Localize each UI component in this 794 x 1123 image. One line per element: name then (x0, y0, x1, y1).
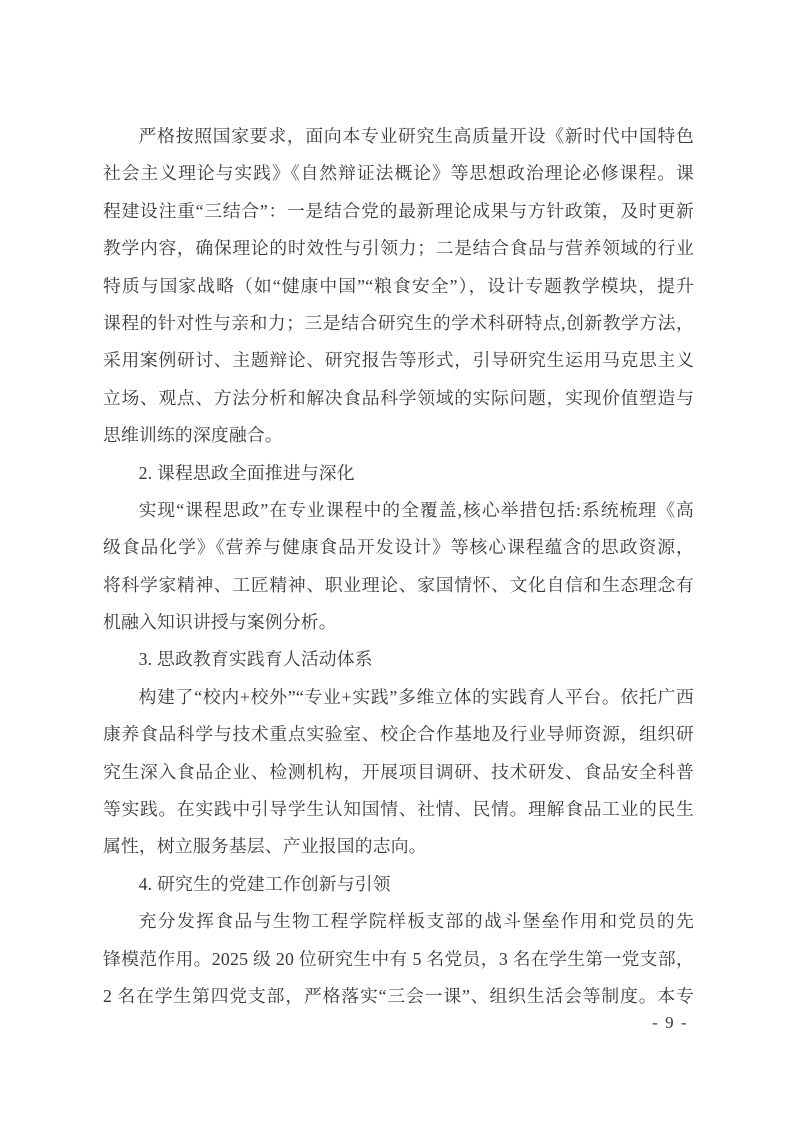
text-line: 课程的针对性与亲和力；三是结合研究生的学术科研特点,创新教学方法， (103, 305, 694, 342)
text-line: 究生深入食品企业、检测机构，开展项目调研、技术研发、食品安全科普 (103, 754, 694, 791)
text-line: 实现“课程思政”在专业课程中的全覆盖,核心举措包括:系统梳理《高 (103, 492, 694, 529)
text-line: 采用案例研讨、主题辩论、研究报告等形式，引导研究生运用马克思主义 (103, 342, 694, 379)
text-line: 教学内容，确保理论的时效性与引领力；二是结合食品与营养领域的行业 (103, 230, 694, 267)
text-line: 严格按照国家要求，面向本专业研究生高质量开设《新时代中国特色 (103, 118, 694, 155)
text-line: 康养食品科学与技术重点实验室、校企合作基地及行业导师资源，组织研 (103, 716, 694, 753)
heading-line: 4. 研究生的党建工作创新与引领 (103, 866, 694, 903)
text-line: 等实践。在实践中引导学生认知国情、社情、民情。理解食品工业的民生 (103, 791, 694, 828)
text-line: 将科学家精神、工匠精神、职业理论、家国情怀、文化自信和生态理念有 (103, 567, 694, 604)
text-line: 社会主义理论与实践》《自然辩证法概论》等思想政治理论必修课程。课 (103, 155, 694, 192)
page-number: - 9 - (103, 1012, 688, 1034)
text-line: 2 名在学生第四党支部，严格落实“三会一课”、组织生活会等制度。本专 (103, 978, 694, 1015)
text-line: 立场、观点、方法分析和解决食品科学领域的实际问题，实现价值塑造与 (103, 380, 694, 417)
heading-line: 3. 思政教育实践育人活动体系 (103, 641, 694, 678)
text-line: 级食品化学》《营养与健康食品开发设计》等核心课程蕴含的思政资源， (103, 529, 694, 566)
document-page: 严格按照国家要求，面向本专业研究生高质量开设《新时代中国特色社会主义理论与实践》… (0, 0, 794, 1123)
text-line: 充分发挥食品与生物工程学院样板支部的战斗堡垒作用和党员的先 (103, 903, 694, 940)
text-line: 程建设注重“三结合”：一是结合党的最新理论成果与方针政策，及时更新 (103, 193, 694, 230)
text-line: 构建了“校内+校外”“专业+实践”多维立体的实践育人平台。依托广西 (103, 679, 694, 716)
text-line: 机融入知识讲授与案例分析。 (103, 604, 694, 641)
heading-line: 2. 课程思政全面推进与深化 (103, 455, 694, 492)
document-body: 严格按照国家要求，面向本专业研究生高质量开设《新时代中国特色社会主义理论与实践》… (103, 118, 694, 1015)
text-line: 思维训练的深度融合。 (103, 417, 694, 454)
text-line: 属性，树立服务基层、产业报国的志向。 (103, 828, 694, 865)
text-line: 特质与国家战略（如“健康中国”“粮食安全”），设计专题教学模块，提升 (103, 268, 694, 305)
text-line: 锋模范作用。2025 级 20 位研究生中有 5 名党员，3 名在学生第一党支部… (103, 941, 694, 978)
